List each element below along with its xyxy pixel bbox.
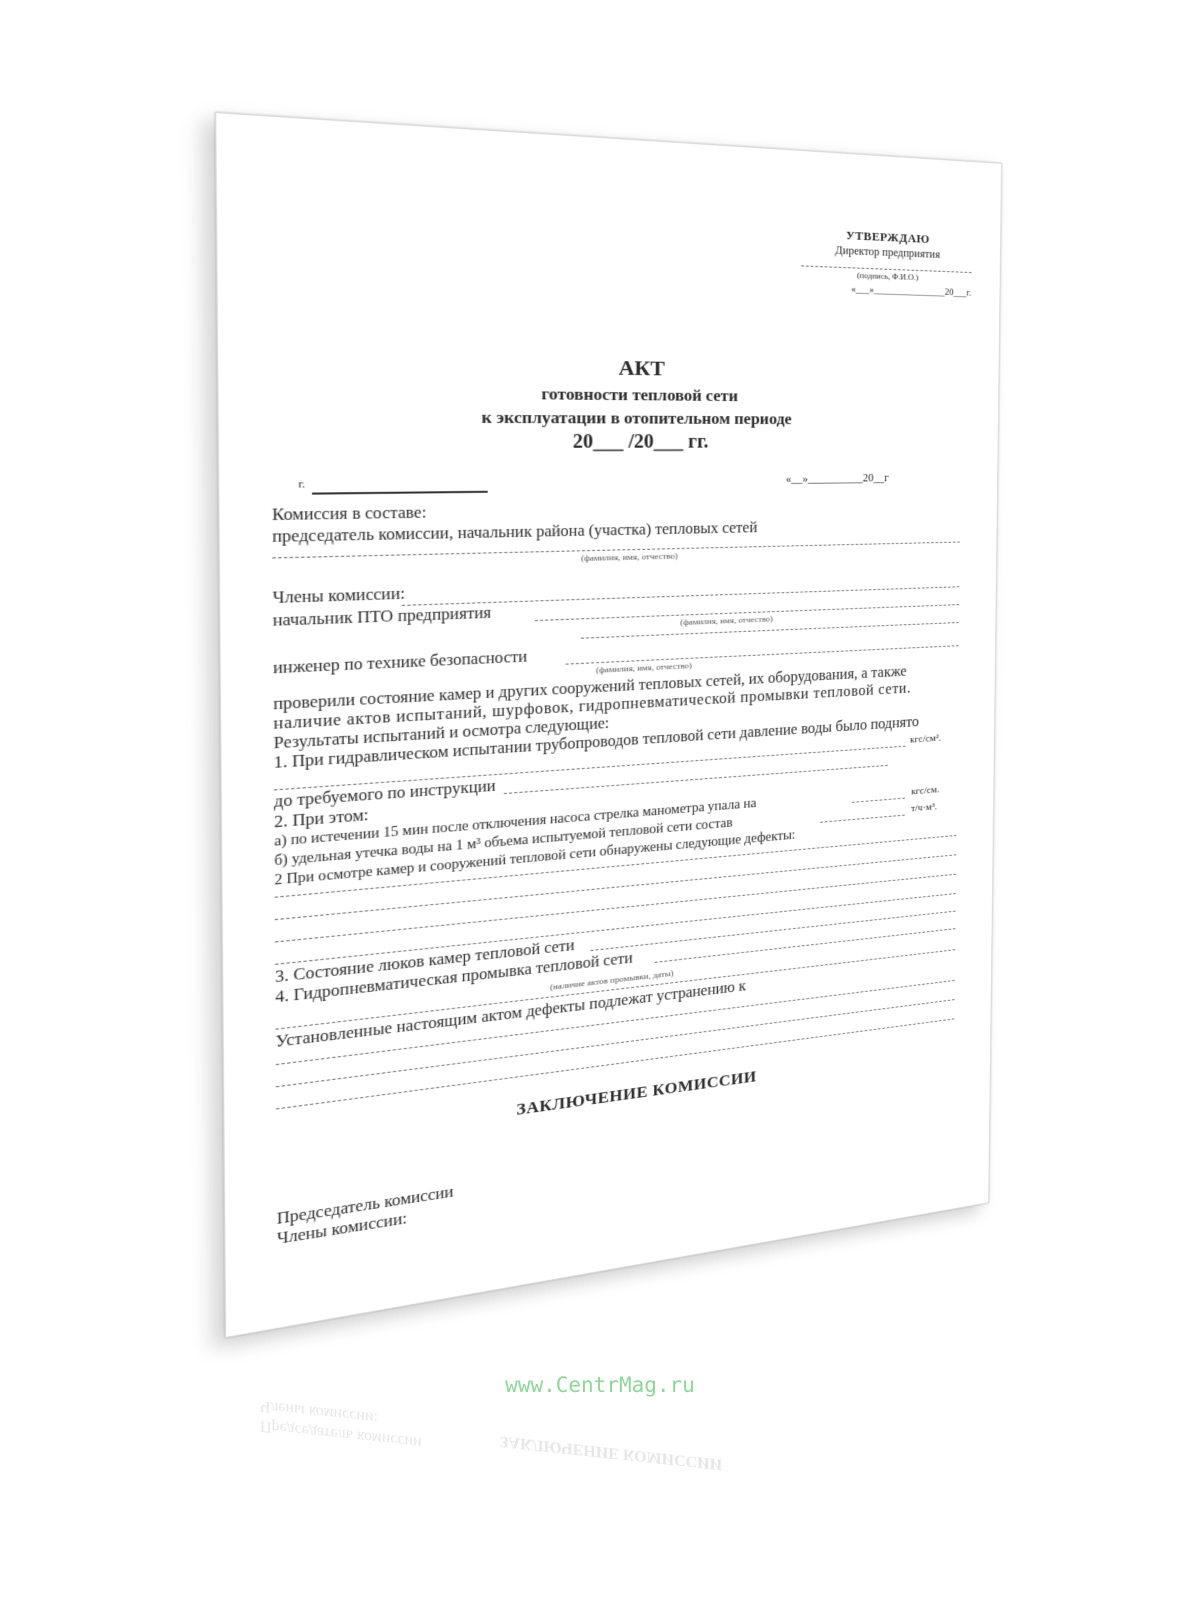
item2b-unit: т/ч·м³. [911,802,937,814]
chairman-role: председатель комиссии, начальник района … [272,521,757,546]
item2b-value-line [820,815,905,823]
item1-line2: до требуемого по инструкции [274,779,496,811]
item3-value-line [591,911,956,951]
watermark-url: www.CentrMag.ru [0,1373,1200,1397]
product-image: УТВЕРЖДАЮ Директор предприятия (подпись,… [0,0,1200,1610]
act-date-field: «__»__________20__г [786,472,889,484]
member-safety-line [566,645,959,664]
doc-subtitle-2: к эксплуатации в отопительном периоде [219,407,1000,427]
defects-line-3 [275,874,956,943]
item4-value-line [655,928,956,963]
item2a-unit: кгс/см. [911,785,939,797]
members-label: Члены комиссии: [273,587,405,607]
doc-title: АКТ [218,350,1000,384]
item2a-value-line [852,798,905,803]
chairman-name-caption: (фамилия, имя, отчество) [581,552,678,563]
deadline-line-2 [276,999,955,1087]
member-extra-line [581,622,959,639]
approval-date-line: «___»________________20___г. [801,283,971,298]
commission-label: Комиссия в составе: [272,506,426,525]
reflection-heading: ЗАКЛЮЧЕНИЕ КОМИССИИ [500,1431,722,1472]
approval-block: УТВЕРЖДАЮ Директор предприятия (подпись,… [801,227,972,299]
members-line [402,586,959,606]
page-reflection: Председатель комиссии Члены комиссии: ЗА… [250,1363,950,1597]
place-field [312,491,488,495]
member-safety-caption: (фамилия, имя, отчество) [596,662,692,675]
doc-subtitle-1: готовности тепловой сети [218,382,1000,406]
member-pto-caption: (фамилия, имя, отчество) [680,615,773,627]
place-prefix: г. [298,479,305,490]
document-page: УТВЕРЖДАЮ Директор предприятия (подпись,… [215,112,1002,1338]
member-safety: инженер по технике безопасности [273,650,527,678]
conclusion-heading: ЗАКЛЮЧЕНИЕ КОМИССИИ [225,1036,992,1159]
member-pto: начальник ПТО предприятия [273,606,491,630]
item1-unit: кгс/см². [910,733,941,745]
doc-period: 20___ /20___ гг. [219,431,1000,452]
